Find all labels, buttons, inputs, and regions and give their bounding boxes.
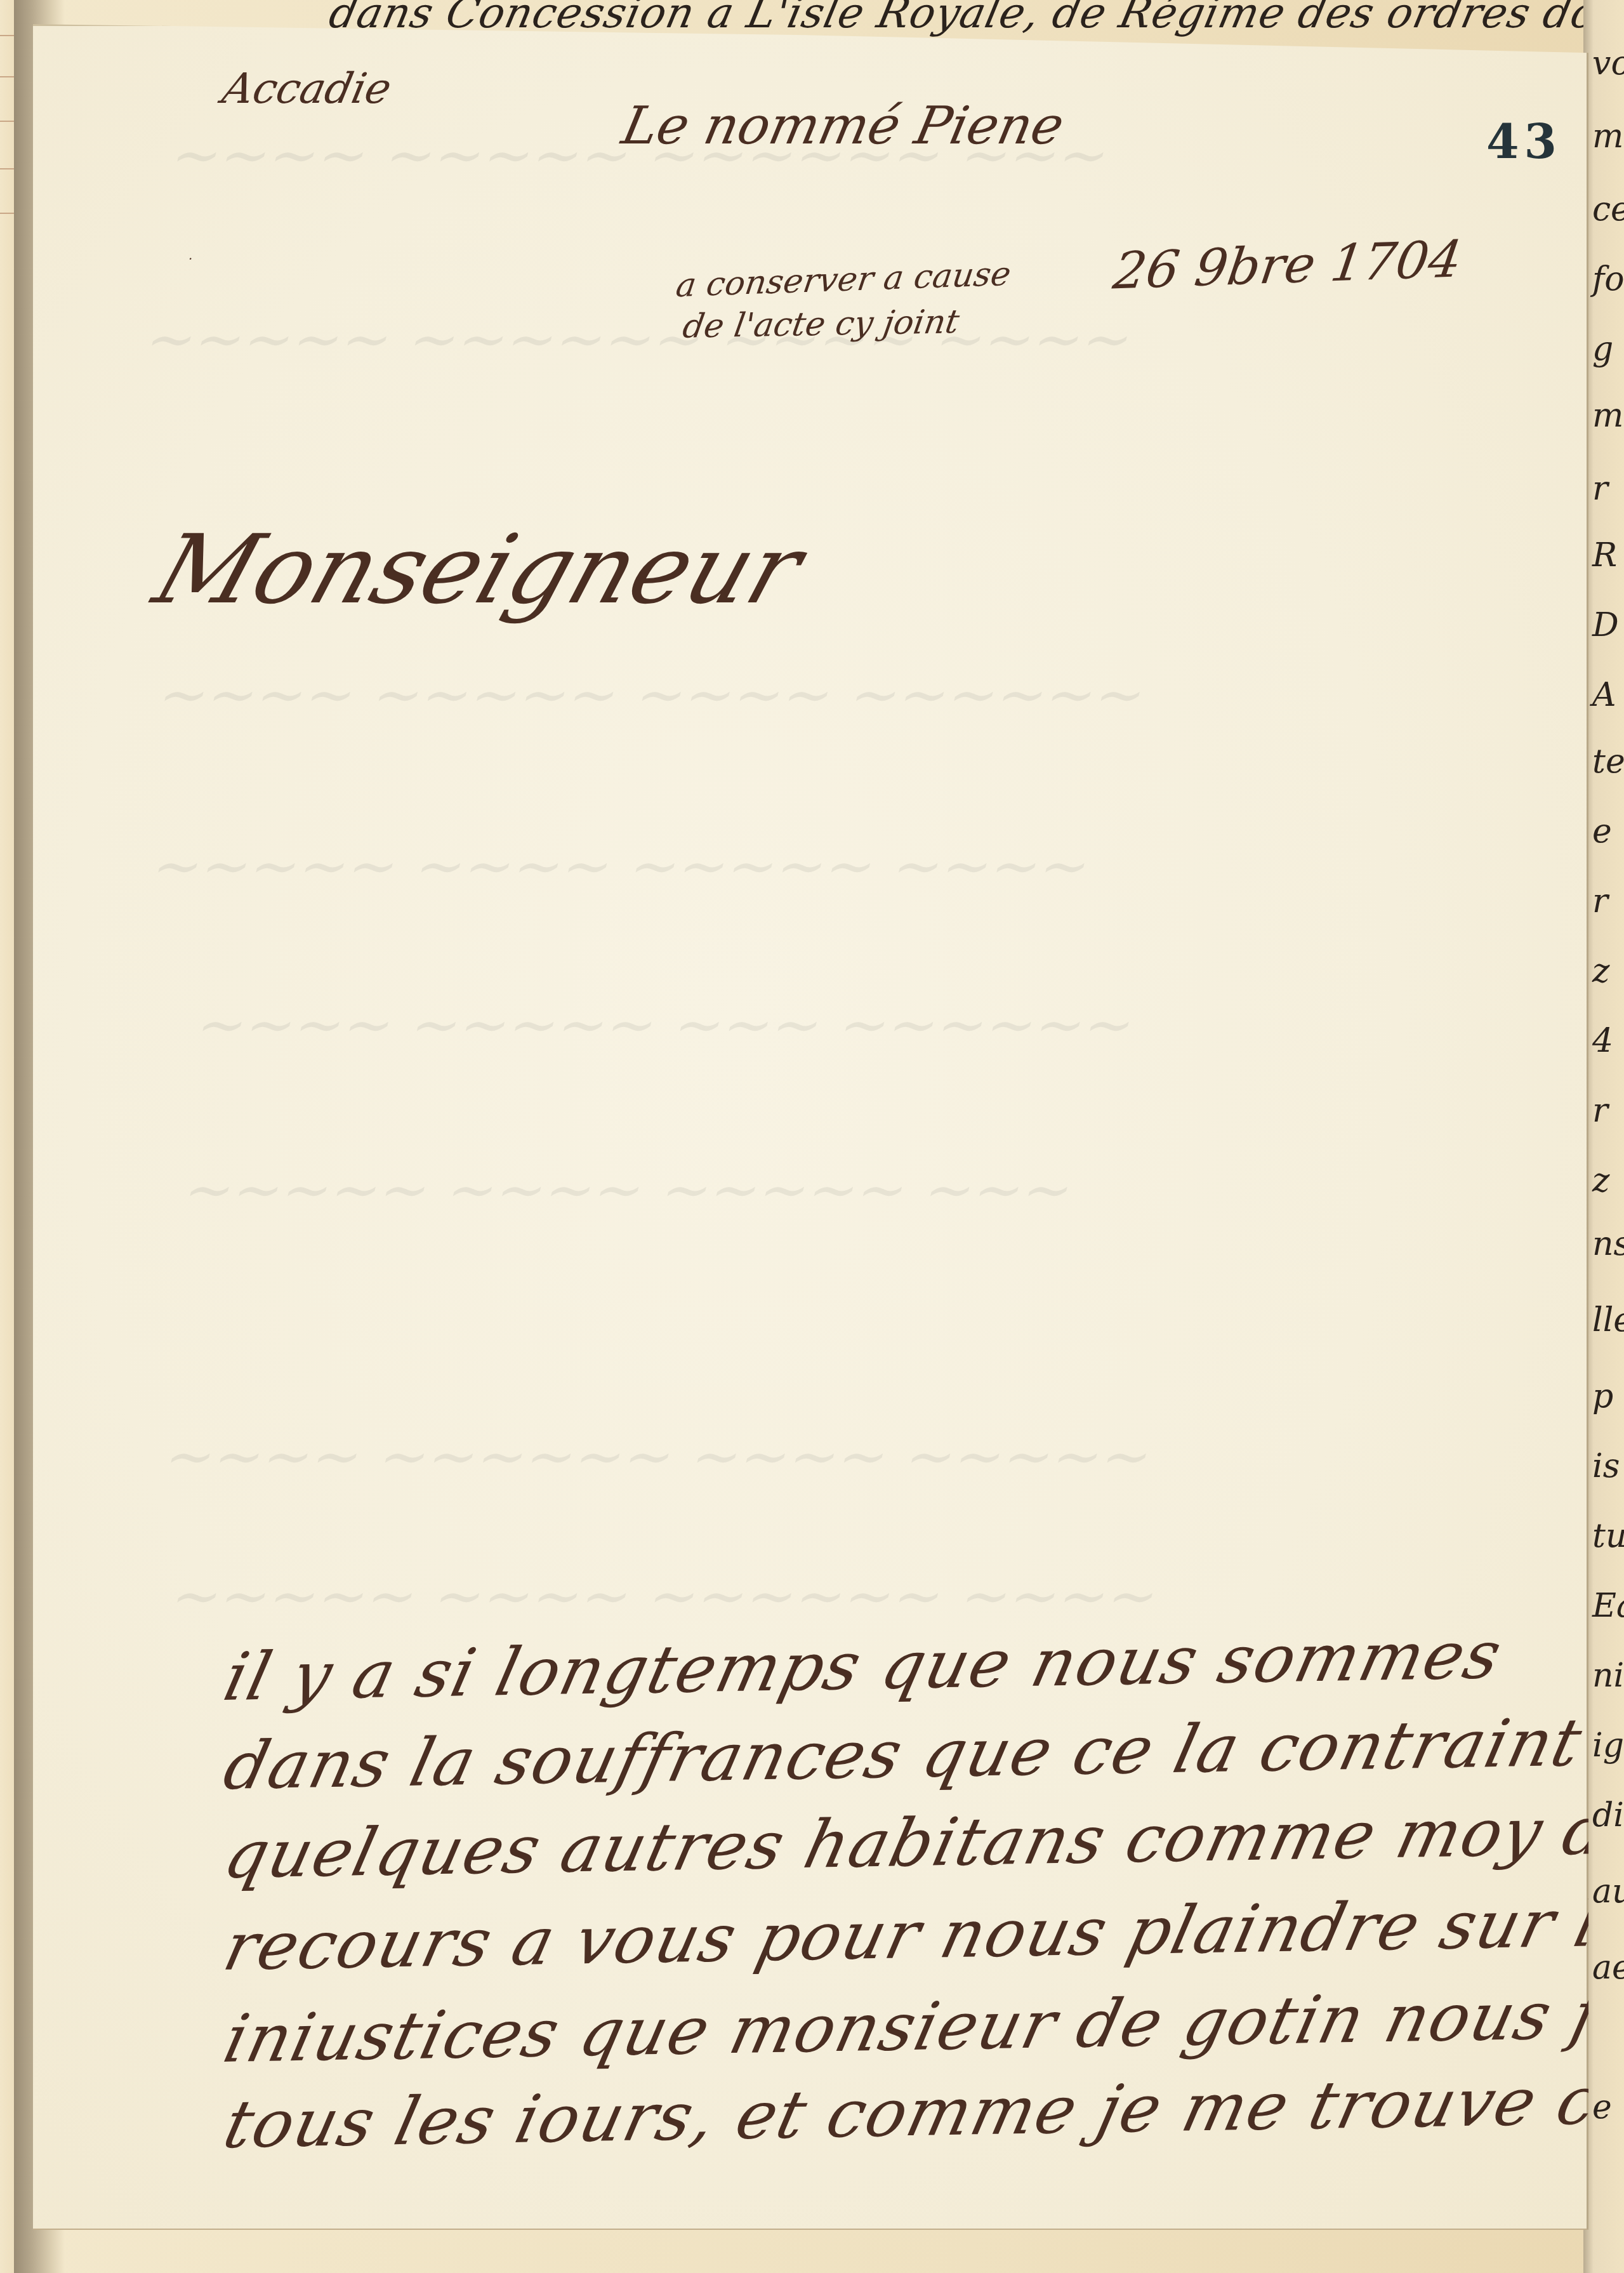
fragment-text: m: [1592, 397, 1623, 435]
fragment-text: te: [1592, 743, 1624, 781]
folio-number-stamp: 43: [1486, 115, 1562, 169]
body-line-1: il y a si longtemps que nous sommes: [217, 1616, 1510, 1716]
fragment-text: di: [1592, 1796, 1624, 1834]
bleed-through-text: ~~~~ ~~~~~ ~~~ ~~~~~~: [190, 991, 1143, 1059]
fragment-text: e: [1592, 2088, 1612, 2126]
bleed-through-text: ~~~~ ~~~~~~ ~~~~ ~~~~~: [158, 1422, 1160, 1490]
margin-note: Accadie: [218, 64, 396, 113]
fragment-text: 4: [1592, 1022, 1613, 1060]
body-line-2: dans la souffrances que ce la contraint: [217, 1704, 1590, 1805]
fragment-text: fo: [1592, 260, 1624, 298]
fragment-text: vo: [1592, 44, 1624, 83]
fragment-text: g: [1592, 330, 1613, 368]
body-line-5: iniustices que monsieur de gotin nous fa…: [217, 1975, 1624, 2078]
fragment-text: R: [1592, 536, 1617, 574]
body-line-6: tous les iours, et comme je me trouve c: [217, 2062, 1606, 2163]
letter-date: 26 9bre 1704: [1110, 230, 1465, 301]
fragment-text: z: [1592, 952, 1609, 990]
fragment-text: A: [1592, 676, 1616, 714]
fragment-text: ce: [1592, 190, 1624, 229]
fragment-text: ns: [1592, 1225, 1624, 1263]
fragment-text: r: [1592, 882, 1608, 920]
bleed-through-text: ~~~~~ ~~~~ ~~~~~ ~~~~: [145, 832, 1099, 900]
right-adjacent-page: vo m ce fo g m r R D A te e r z 4 r z ns…: [1583, 0, 1624, 2273]
manuscript-sheet: ~~~~ ~~~~~ ~~~~~~ ~~~ ~~~~~ ~~~~~~ ~~~~ …: [33, 24, 1588, 2230]
fragment-text: p: [1592, 1377, 1613, 1415]
bleed-through-text: ~~~~~ ~~~~ ~~~~~~ ~~~~: [164, 1562, 1166, 1630]
fragment-text: m: [1592, 117, 1623, 156]
letter-heading: Le nommé Piene: [617, 96, 1069, 156]
fragment-text: z: [1592, 1162, 1609, 1200]
body-line-4: recours a vous pour nous plaindre sur le…: [217, 1883, 1624, 1985]
fragment-text: lle: [1592, 1301, 1624, 1339]
fragment-text: ig: [1592, 1726, 1624, 1765]
bleed-through-text: ~~~~~ ~~~~ ~~~~~ ~~~: [177, 1156, 1081, 1224]
fragment-text: nis: [1592, 1657, 1624, 1695]
fragment-text: tu: [1592, 1517, 1624, 1555]
salutation: Monseigneur: [142, 515, 815, 625]
fragment-text: ae: [1592, 1949, 1624, 1987]
archival-annotation-line-2: de l'acte cy joint: [680, 303, 962, 346]
fragment-text: r: [1592, 470, 1608, 508]
fragment-text: is: [1592, 1447, 1620, 1485]
archival-annotation-line-1: a conserver a cause: [673, 255, 1013, 305]
fragment-text: Ea: [1592, 1587, 1624, 1625]
fragment-text: r: [1592, 1092, 1608, 1130]
fragment-text: e: [1592, 812, 1612, 851]
bleed-through-text: ~~~~ ~~~~~ ~~~~ ~~~~~~: [152, 661, 1154, 729]
fragment-text: D: [1592, 606, 1619, 644]
bleed-through-text: ~~~~~ ~~~~~~ ~~~~ ~~~~: [139, 305, 1141, 373]
ink-dot: ·: [188, 251, 192, 267]
body-line-3: quelques autres habitans comme moy d'avo…: [217, 1789, 1624, 1893]
fragment-text: au: [1592, 1872, 1624, 1911]
